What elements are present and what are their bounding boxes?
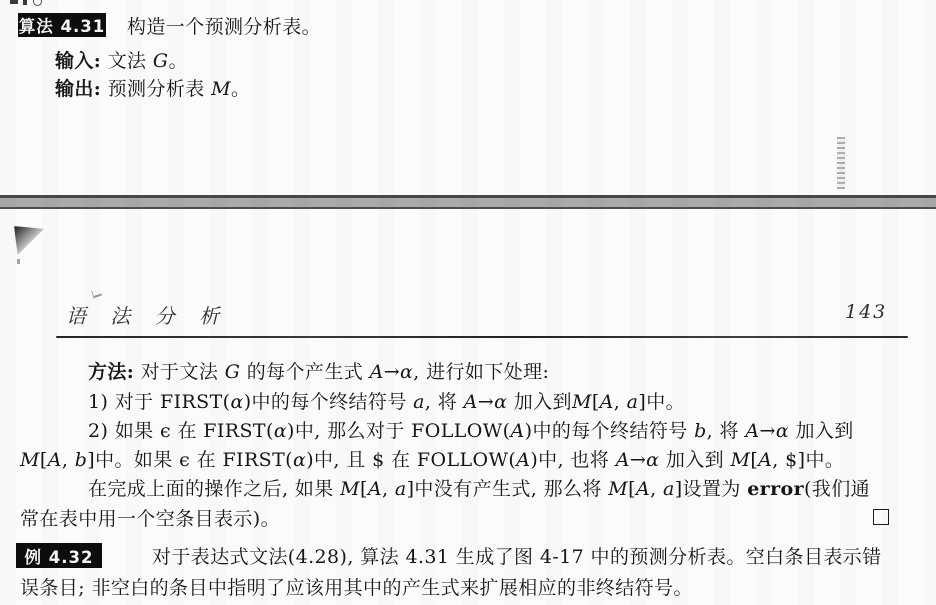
body-line-error-b: 常在表中用一个空条目表示)。 [20, 507, 280, 531]
running-title: 语 法 分 析 [66, 300, 228, 329]
end-of-algorithm-square [873, 509, 889, 525]
example-line-2: 误条目; 非空白的条目中指明了应该用其中的产生式来扩展相应的非终结符号。 [20, 576, 693, 600]
algorithm-number-badge: 算法 4.31 [18, 13, 106, 37]
example-number-badge: 例 4.32 [16, 543, 102, 568]
scanned-textbook-page: { "accent_colors": { "badge_bg": "#0d0d0… [0, 0, 936, 605]
scan-ink-speck [17, 259, 20, 264]
cutoff-glyph-fragment [10, 0, 18, 4]
body-line-error-a: 在完成上面的操作之后, 如果 M[A, a]中没有产生式, 那么将 M[A, a… [88, 477, 870, 501]
scan-artifact-vertical-smudge [837, 137, 845, 189]
page-number: 143 [845, 301, 887, 323]
body-line-method: 方法: 对于文法 G 的每个产生式 A→α, 进行如下处理: [88, 360, 549, 384]
page-break-band [0, 195, 936, 209]
algorithm-title: 构造一个预测分析表。 [127, 15, 321, 39]
body-line-step2a: 2) 如果 ϵ 在 FIRST(α)中, 那么对于 FOLLOW(A)中的每个终… [88, 419, 854, 443]
example-line-1: 对于表达式文法(4.28), 算法 4.31 生成了图 4-17 中的预测分析表… [152, 545, 882, 569]
cutoff-period-glyph [33, 0, 42, 6]
scan-speck-above-header [91, 288, 102, 298]
header-rule [56, 336, 908, 338]
algorithm-input-line: 输入: 文法 G。 [55, 49, 188, 73]
scan-ink-smudge [14, 226, 44, 255]
cutoff-glyph-fragment [23, 0, 27, 5]
body-line-step1: 1) 对于 FIRST(α)中的每个终结符号 a, 将 A→α 加入到M[A, … [88, 390, 685, 414]
body-line-step2b: M[A, b]中。如果 ϵ 在 FIRST(α)中, 且 $ 在 FOLLOW(… [20, 448, 844, 472]
algorithm-output-line: 输出: 预测分析表 M。 [55, 77, 250, 101]
